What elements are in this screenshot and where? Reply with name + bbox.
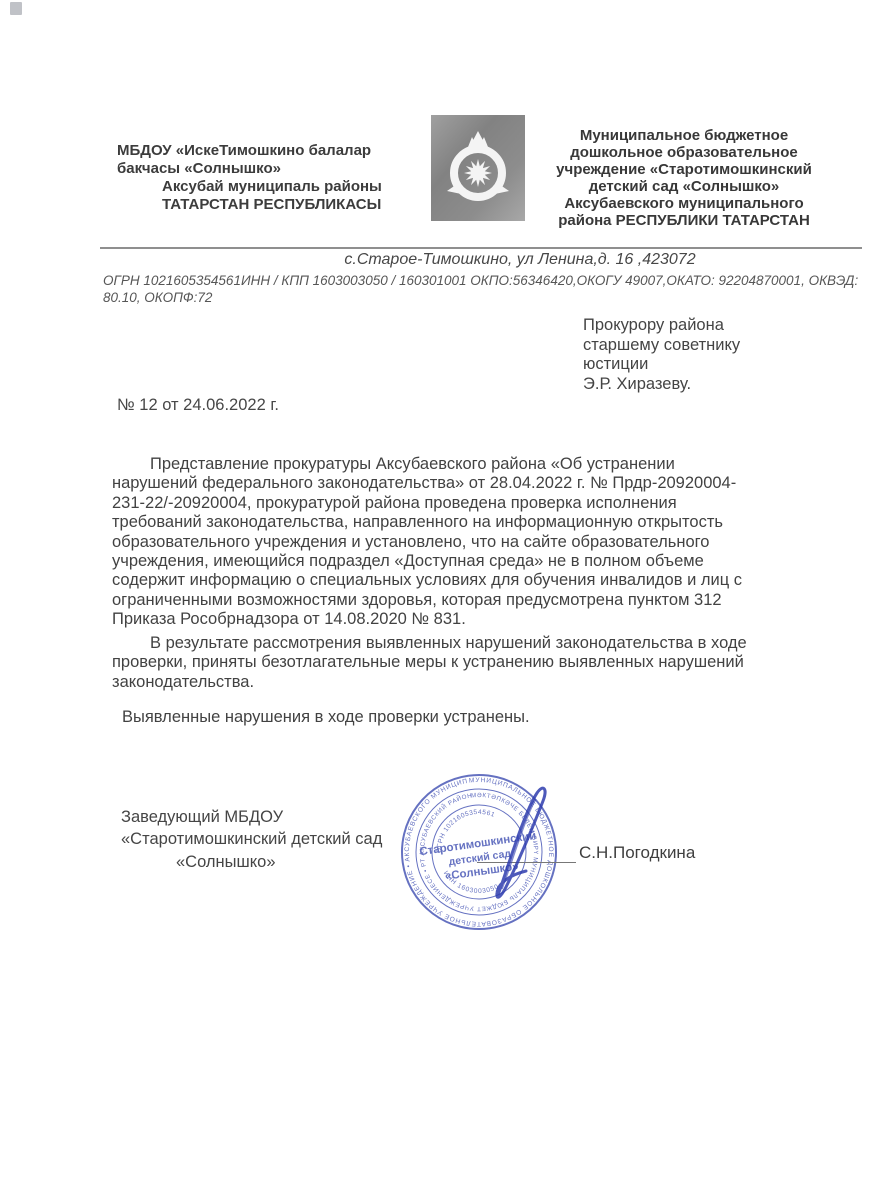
body-line: Выявленные нарушения в ходе проверки уст… bbox=[112, 708, 530, 727]
recipient-line: юстиции bbox=[583, 355, 740, 375]
letterhead-tatar-line: бакчасы «Солнышко» bbox=[117, 160, 432, 178]
recipient-line: Э.Р. Хиразеву. bbox=[583, 375, 740, 395]
body-line: ограниченными возможностями здоровья, ко… bbox=[112, 591, 742, 610]
header-divider bbox=[100, 247, 862, 249]
body-paragraph-2: В результате рассмотрения выявленных нар… bbox=[112, 634, 747, 692]
letterhead-russian: Муниципальное бюджетное дошкольное образ… bbox=[528, 127, 840, 229]
letterhead-tatar: МБДОУ «ИскеТимошкино балалар бакчасы «Со… bbox=[117, 142, 432, 214]
recipient-line: Прокурору района bbox=[583, 316, 740, 336]
org-requisites: ОГРН 1021605354561ИНН / КПП 1603003050 /… bbox=[103, 273, 865, 306]
handwritten-signature bbox=[440, 775, 570, 910]
letterhead-tatar-line: ТАТАРСТАН РЕСПУБЛИКАСЫ bbox=[162, 196, 432, 214]
scanned-letter-page: МБДОУ «ИскеТимошкино балалар бакчасы «Со… bbox=[0, 0, 873, 1200]
body-line: законодательства. bbox=[112, 673, 747, 692]
signoff-line: «Старотимошкинский детский сад bbox=[121, 828, 382, 850]
signoff-line: «Солнышко» bbox=[176, 851, 382, 873]
letterhead-russian-line: детский сад «Солнышко» bbox=[528, 178, 840, 195]
letterhead-tatar-line: МБДОУ «ИскеТимошкино балалар bbox=[117, 142, 432, 160]
body-line: 231-22/-20920004, прокуратурой района пр… bbox=[112, 494, 742, 513]
signoff-title: Заведующий МБДОУ «Старотимошкинский детс… bbox=[121, 806, 382, 873]
body-line: В результате рассмотрения выявленных нар… bbox=[112, 634, 747, 653]
org-address: с.Старое-Тимошкино, ул Ленина,д. 16 ,423… bbox=[170, 251, 870, 269]
recipient-block: Прокурору района старшему советнику юсти… bbox=[583, 316, 740, 394]
body-paragraph-1: Представление прокуратуры Аксубаевского … bbox=[112, 455, 742, 630]
reference-number: № 12 от 24.06.2022 г. bbox=[117, 396, 279, 415]
body-line: нарушений федерального законодательства»… bbox=[112, 474, 742, 493]
body-line: учреждения, имеющийся подраздел «Доступн… bbox=[112, 552, 742, 571]
body-line: Приказа Рособрнадзора от 14.08.2020 № 83… bbox=[112, 610, 742, 629]
letterhead-russian-line: учреждение «Старотимошкинский bbox=[528, 161, 840, 178]
body-line: Представление прокуратуры Аксубаевского … bbox=[112, 455, 742, 474]
district-emblem-icon bbox=[431, 115, 525, 221]
body-line: образовательного учреждения и установлен… bbox=[112, 533, 742, 552]
letterhead-russian-line: Муниципальное бюджетное bbox=[528, 127, 840, 144]
signoff-line: Заведующий МБДОУ bbox=[121, 806, 382, 828]
body-line: содержит информацию о специальных услови… bbox=[112, 571, 742, 590]
letterhead-tatar-line: Аксубай муниципаль районы bbox=[162, 178, 432, 196]
letterhead-russian-line: Аксубаевского муниципального bbox=[528, 195, 840, 212]
body-line: требований законодательства, направленно… bbox=[112, 513, 742, 532]
recipient-line: старшему советнику bbox=[583, 336, 740, 356]
body-line: проверки, приняты безотлагательные меры … bbox=[112, 653, 747, 672]
letterhead-russian-line: района РЕСПУБЛИКИ ТАТАРСТАН bbox=[528, 212, 840, 229]
letterhead-russian-line: дошкольное образовательное bbox=[528, 144, 840, 161]
body-paragraph-3: Выявленные нарушения в ходе проверки уст… bbox=[112, 708, 530, 727]
scan-artifact bbox=[10, 2, 22, 15]
signer-name: С.Н.Погодкина bbox=[579, 843, 695, 863]
